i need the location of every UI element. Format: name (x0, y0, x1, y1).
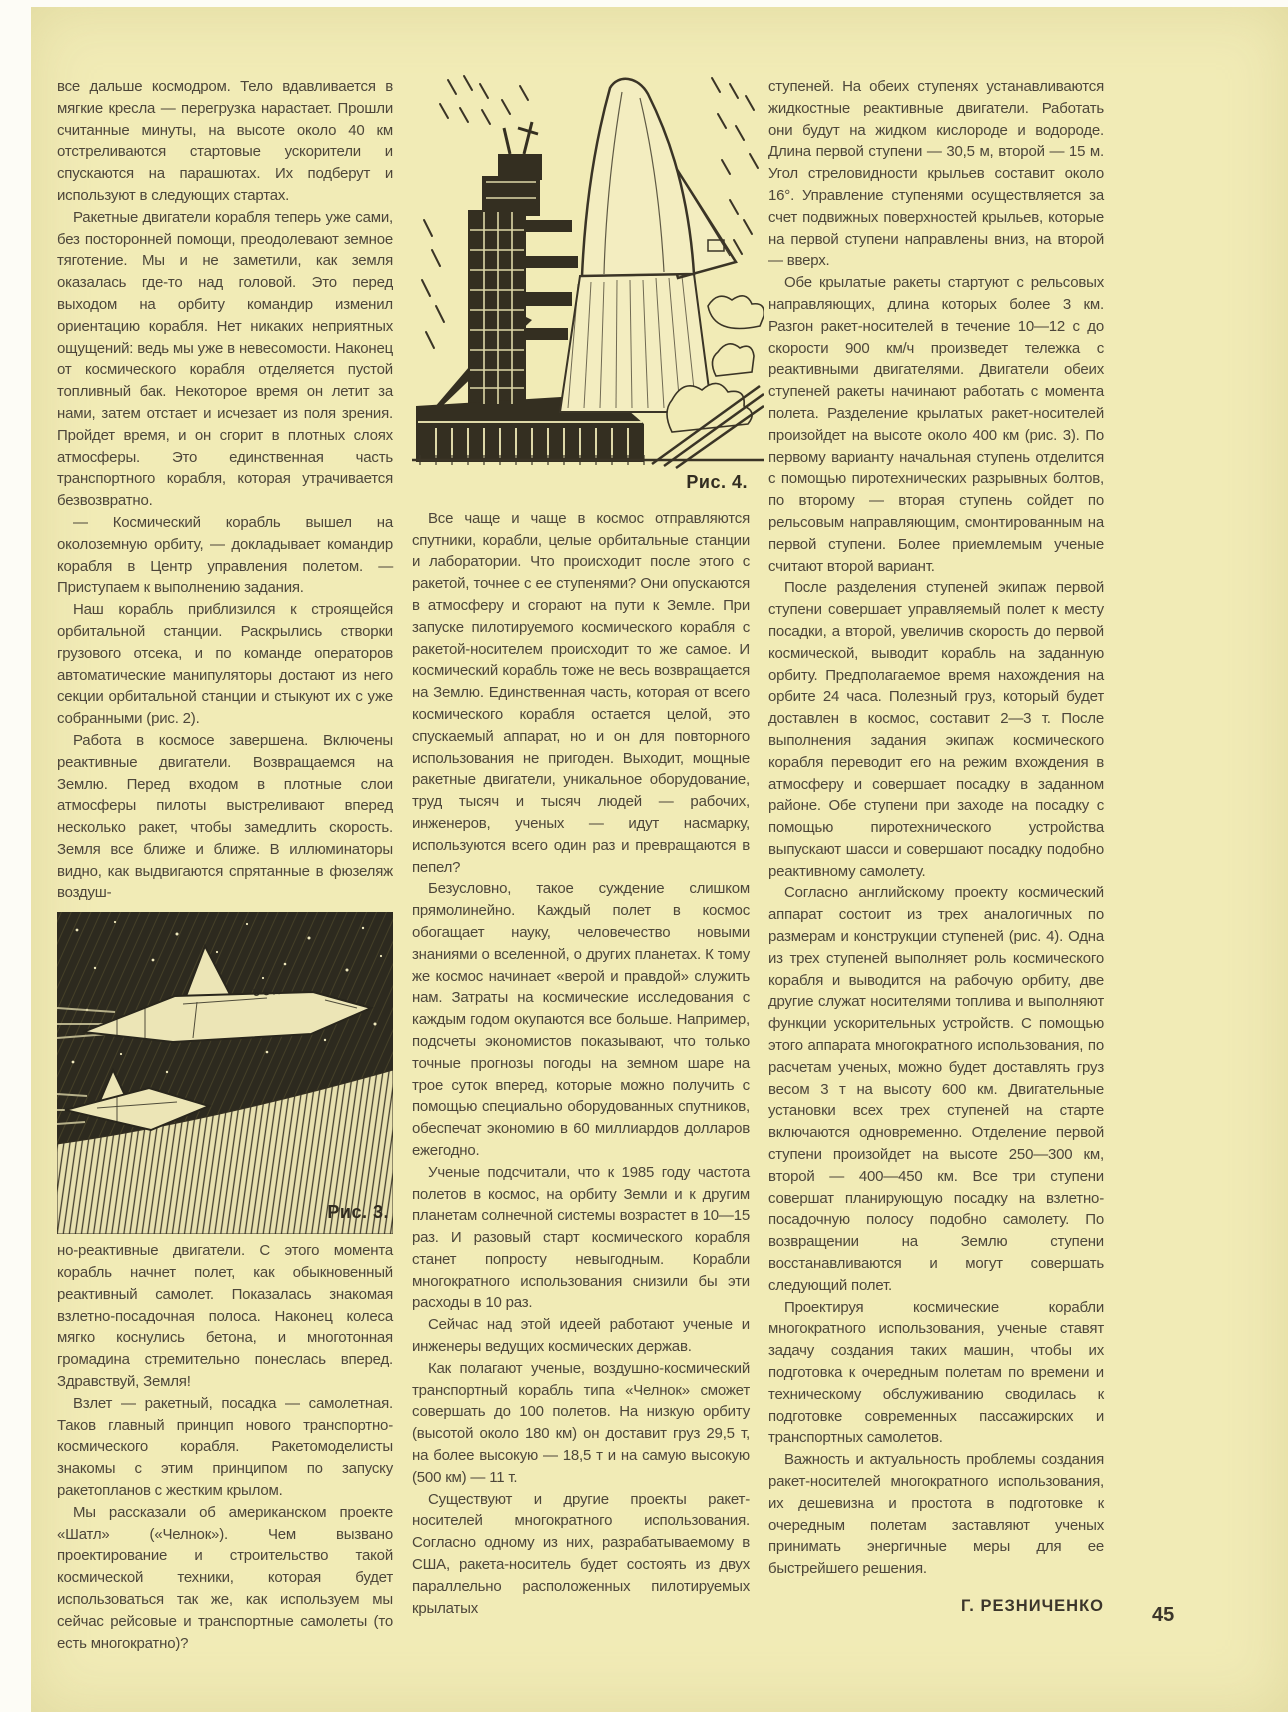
paragraph: Мы рассказали об американском проекте «Ш… (57, 1502, 393, 1655)
paragraph: Сейчас над этой идеей работают ученые и … (412, 1314, 750, 1358)
paragraph: Работа в космосе завершена. Включены реа… (57, 730, 393, 904)
figure-4-caption: Рис. 4. (412, 472, 750, 494)
paragraph: Безусловно, такое суждение слишком прямо… (412, 878, 750, 1161)
column-left: все дальше космодром. Тело вдавливается … (57, 76, 393, 1654)
paragraph: Как полагают ученые, воздушно-космически… (412, 1358, 750, 1489)
author-signature: Г. РЕЗНИЧЕНКО (768, 1596, 1104, 1618)
paragraph: Существуют и другие проекты ракет-носите… (412, 1489, 750, 1620)
magazine-page: все дальше космодром. Тело вдавливается … (0, 0, 1288, 1712)
page-number: 45 (1152, 1604, 1174, 1627)
figure-4-launch-illustration (412, 70, 764, 470)
paragraph: Все чаще и чаще в космос отправляются сп… (412, 508, 750, 879)
paragraph: ступеней. На обеих ступенях устанавливаю… (768, 76, 1104, 272)
figure-3-spacecraft-illustration: USA Рис. 3. (57, 912, 393, 1234)
figure-4-image (412, 70, 764, 470)
paragraph: все дальше космодром. Тело вдавливается … (57, 76, 393, 207)
paragraph: После разделения ступеней экипаж первой … (768, 577, 1104, 882)
paragraph: Ученые подсчитали, что к 1985 году часто… (412, 1162, 750, 1315)
paragraph: Обе крылатые ракеты стартуют с рельсовых… (768, 272, 1104, 577)
paragraph: Наш корабль приблизился к строящейся орб… (57, 599, 393, 730)
paragraph: Согласно английскому проекту космический… (768, 882, 1104, 1296)
usa-marking: USA (252, 981, 284, 1005)
paragraph: но-реактивные двигатели. С этого момента… (57, 1240, 393, 1393)
column-middle: Рис. 4. Все чаще и чаще в космос отправл… (412, 70, 750, 1619)
paragraph: Проектируя космические корабли многократ… (768, 1297, 1104, 1450)
figure-3-image (57, 912, 393, 1234)
column-right: ступеней. На обеих ступенях устанавливаю… (768, 76, 1104, 1618)
paragraph: Важность и актуальность проблемы создани… (768, 1449, 1104, 1580)
paragraph: Ракетные двигатели корабля теперь уже са… (57, 207, 393, 512)
figure-3-caption: Рис. 3. (327, 1202, 389, 1224)
paragraph: Взлет — ракетный, посадка — самолетная. … (57, 1393, 393, 1502)
paragraph: — Космический корабль вышел на околоземн… (57, 512, 393, 599)
